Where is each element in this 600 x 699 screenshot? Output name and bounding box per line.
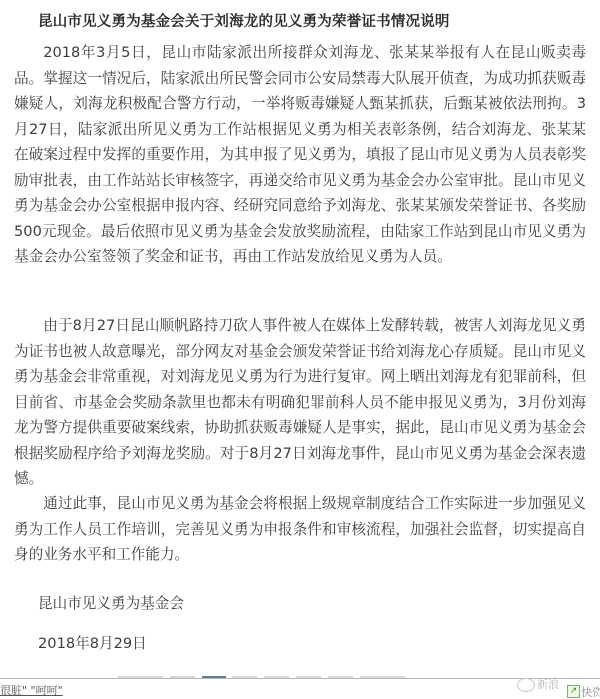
carousel-indicator[interactable] [232, 676, 257, 678]
document-title: 昆山市见义勇为基金会关于刘海龙的见义勇为荣誉证书情况说明 [38, 10, 450, 31]
carousel-indicator[interactable] [264, 676, 289, 678]
signature-organization: 昆山市见义勇为基金会 [38, 592, 184, 613]
app-label[interactable]: 快资 [581, 684, 600, 699]
carousel-indicator[interactable] [170, 676, 195, 678]
carousel-indicator[interactable] [118, 676, 163, 678]
paragraph-3: 通过此事，昆山市见义勇为基金会将根据上级规章制度结合工作实际进一步加强见义勇为工… [14, 491, 586, 568]
carousel-indicator-active[interactable] [202, 676, 226, 678]
comment-link[interactable]: 很脏" "呵呵" [0, 682, 63, 698]
signature-date: 2018年8月29日 [38, 632, 147, 653]
watermark-text: 新浪 [537, 678, 559, 691]
carousel-indicator[interactable] [328, 676, 353, 678]
app-icon[interactable]: ↗ [567, 685, 580, 698]
paragraph-2: 由于8月27日昆山顺帆路持刀砍人事件被人在媒体上发酵转载，被害人刘海龙见义勇为证… [14, 313, 586, 492]
weibo-logo-icon [517, 678, 535, 692]
carousel-indicator[interactable] [296, 676, 321, 678]
carousel-indicator[interactable] [360, 676, 405, 678]
paragraph-1: 2018年3月5日，昆山市陆家派出所接群众刘海龙、张某某举报有人在昆山贩卖毒品。… [14, 40, 586, 270]
weibo-watermark: 新浪 [517, 676, 559, 692]
divider [0, 678, 600, 679]
